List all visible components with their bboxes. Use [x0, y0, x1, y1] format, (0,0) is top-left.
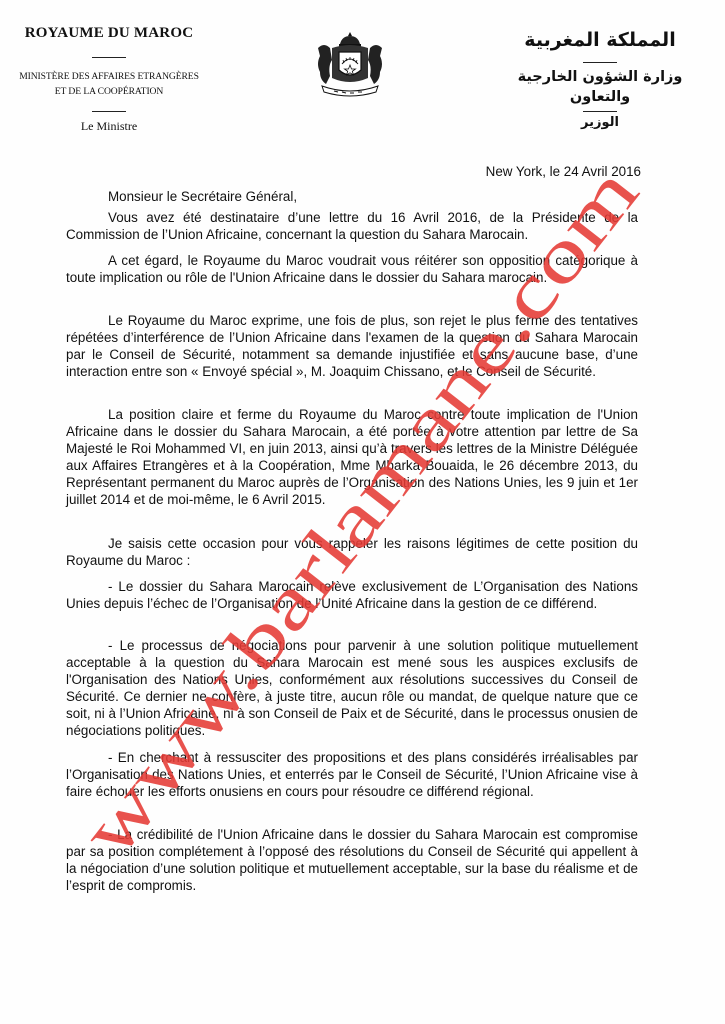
place-and-date: New York, le 24 Avril 2016: [486, 163, 641, 180]
letterhead-arabic: المملكة المغربية وزارة الشؤون الخارجية و…: [500, 27, 700, 132]
letterhead-french: ROYAUME DU MAROC MINISTÈRE DES AFFAIRES …: [0, 24, 218, 134]
paragraph-reason-2: - Le processus de négociations pour parv…: [66, 638, 638, 739]
ministry-name-fr-line2: ET DE LA COOPÉRATION: [0, 84, 218, 99]
salutation: Monsieur le Secrétaire Général,: [108, 188, 297, 205]
paragraph-reason-4: - La crédibilité de l'Union Africaine da…: [66, 827, 638, 895]
paragraph-reasons-intro: Je saisis cette occasion pour vous rappe…: [66, 536, 638, 570]
header-divider: [583, 111, 617, 112]
paragraph-position-history: La position claire et ferme du Royaume d…: [66, 407, 638, 508]
ministry-name-ar-line1: وزارة الشؤون الخارجية: [500, 67, 700, 87]
ministry-name-ar-line2: والتعاون: [500, 87, 700, 107]
coat-of-arms-icon: [312, 30, 388, 100]
office-title-ar: الوزير: [500, 114, 700, 132]
header-divider: [92, 111, 126, 112]
header-divider: [583, 62, 617, 63]
kingdom-name-fr: ROYAUME DU MAROC: [0, 24, 218, 42]
kingdom-name-ar: المملكة المغربية: [500, 27, 700, 53]
office-title-fr: Le Ministre: [0, 119, 218, 134]
paragraph-rejection: Le Royaume du Maroc exprime, une fois de…: [66, 313, 638, 381]
paragraph-reason-1: - Le dossier du Sahara Marocain relève e…: [66, 579, 638, 613]
paragraph-reason-3: - En cherchant à ressusciter des proposi…: [66, 750, 638, 801]
ministry-name-fr-line1: MINISTÈRE DES AFFAIRES ETRANGÈRES: [0, 69, 218, 84]
letter-page: ROYAUME DU MAROC MINISTÈRE DES AFFAIRES …: [0, 0, 725, 1024]
paragraph-opposition: A cet égard, le Royaume du Maroc voudrai…: [66, 253, 638, 287]
paragraph-intro: Vous avez été destinataire d’une lettre …: [66, 210, 638, 244]
header-divider: [92, 57, 126, 58]
